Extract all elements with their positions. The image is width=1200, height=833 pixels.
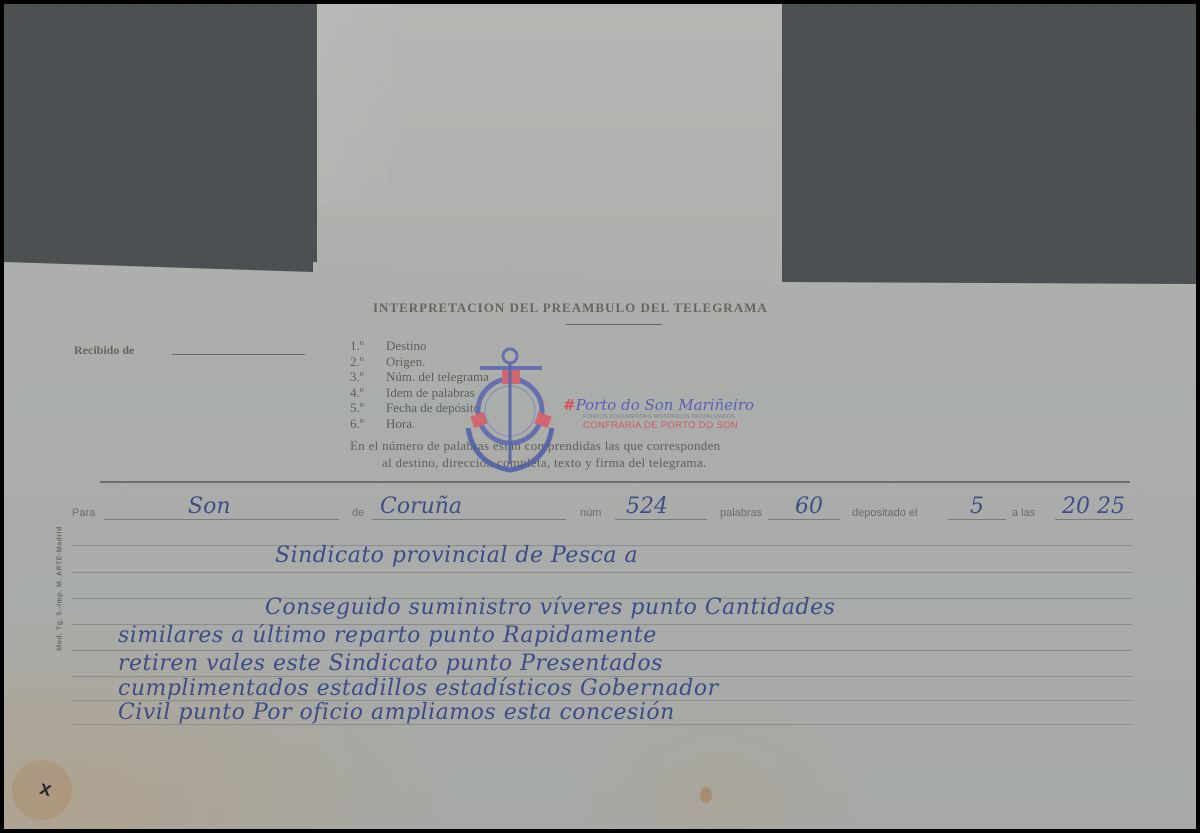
header-rule <box>566 324 662 325</box>
depositado-line <box>948 519 1006 520</box>
num-line <box>615 519 707 520</box>
hora-label: a las <box>1012 507 1035 519</box>
message-line: Sindicato provincial de Pesca a <box>275 543 638 568</box>
para-value: Son <box>188 494 231 519</box>
de-label: de <box>352 507 364 519</box>
depositado-label: depositado el <box>852 507 917 519</box>
form-top-rule <box>100 481 1130 483</box>
ruled-line <box>72 572 1132 573</box>
watermark-text: #Porto do Son Mariñeiro FONDOS DOCUMENTA… <box>563 396 754 431</box>
palabras-label: palabras <box>720 507 762 519</box>
paper-stain <box>700 787 712 803</box>
palabras-value: 60 <box>795 494 823 519</box>
de-value: Coruña <box>380 494 462 519</box>
message-line: retiren vales este Sindicato punto Prese… <box>118 651 663 676</box>
de-line <box>372 519 566 520</box>
message-line: Conseguido suministro víveres punto Cant… <box>265 595 835 620</box>
message-line: Civil punto Por oficio ampliamos esta co… <box>118 700 675 725</box>
para-line <box>104 519 339 520</box>
watermark-organization: CONFRARÍA DE PORTO DO SON <box>583 420 754 431</box>
preamble-fields: Para Son de Coruña núm 524 palabras 60 d… <box>0 497 1192 527</box>
num-label: núm <box>580 507 601 519</box>
depositado-value: 5 <box>970 494 984 519</box>
hora-line <box>1055 519 1133 520</box>
palabras-line <box>768 519 840 520</box>
telegram-flap <box>317 4 782 284</box>
form-header: INTERPRETACION DEL PREAMBULO DEL TELEGRA… <box>373 300 768 316</box>
message-line: cumplimentados estadillos estadísticos G… <box>118 676 719 701</box>
received-from-label: Recibido de <box>74 343 134 358</box>
para-label: Para <box>72 507 95 519</box>
received-from-line <box>172 354 305 355</box>
watermark-title: #Porto do Son Mariñeiro <box>563 396 754 414</box>
message-line: similares a último reparto punto Rapidam… <box>118 623 657 648</box>
num-value: 524 <box>626 494 668 519</box>
anchor-lifebuoy-icon <box>462 346 562 478</box>
hora-value: 20 25 <box>1062 494 1125 519</box>
